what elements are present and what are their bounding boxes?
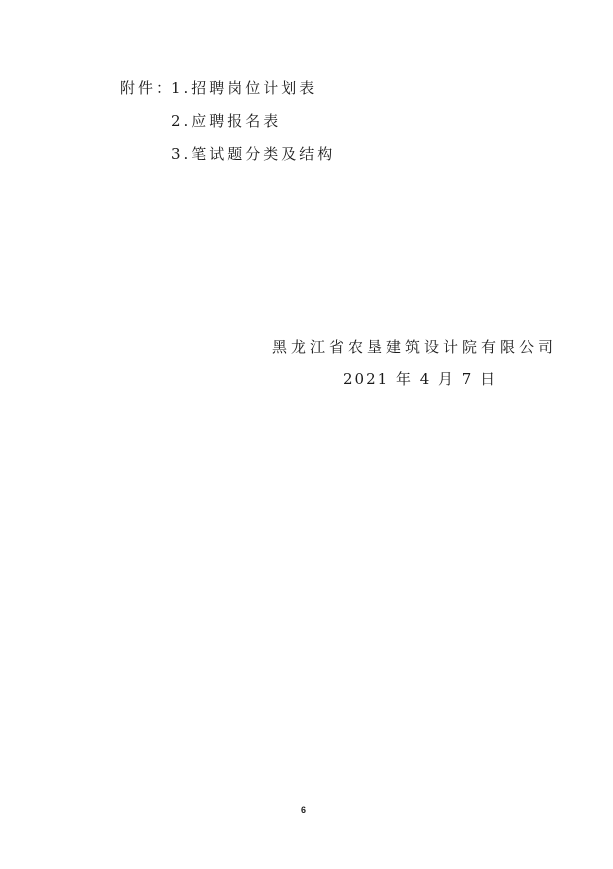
- signature-date: 2021 年 4 月 7 日: [343, 369, 497, 389]
- attachment-item: 1.招聘岗位计划表: [171, 78, 317, 98]
- attachment-item: 3.笔试题分类及结构: [171, 144, 335, 164]
- document-page: 附件： 1.招聘岗位计划表 2.应聘报名表 3.笔试题分类及结构 黑龙江省农垦建…: [0, 0, 613, 869]
- signature-organization: 黑龙江省农垦建筑设计院有限公司: [272, 337, 557, 357]
- attachments-label: 附件：: [120, 78, 174, 98]
- page-number: 6: [301, 805, 306, 815]
- attachment-item: 2.应聘报名表: [171, 111, 281, 131]
